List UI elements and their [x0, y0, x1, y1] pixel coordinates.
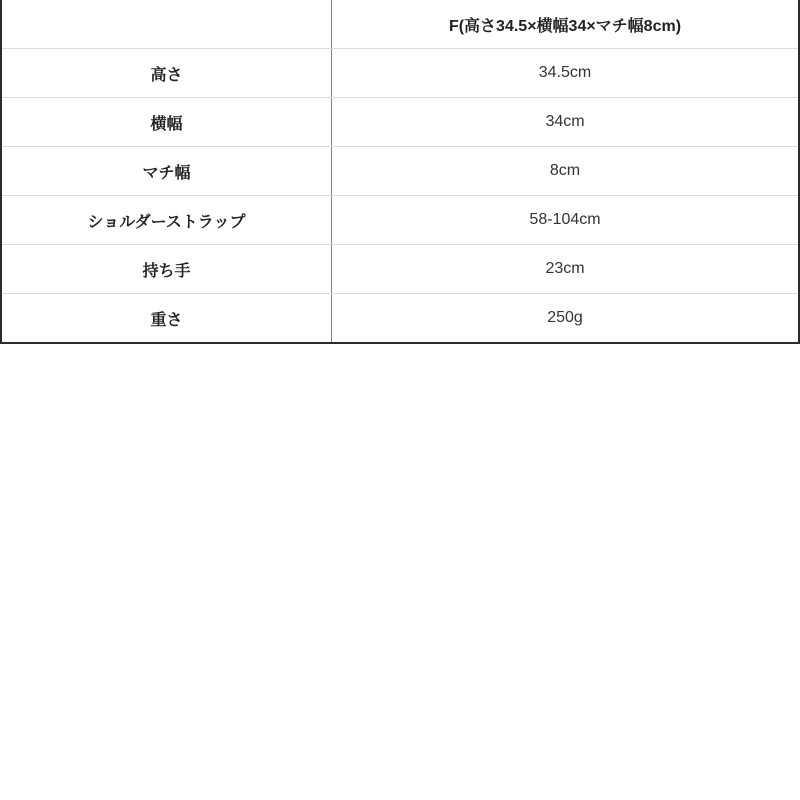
row-value-cell: 34cm	[332, 98, 798, 146]
row-label-cell: 横幅	[2, 98, 332, 146]
row-label-cell: 高さ	[2, 49, 332, 97]
table-row-weight: 重さ 250g	[2, 294, 798, 342]
row-value-cell: 8cm	[332, 147, 798, 195]
table-row-handle: 持ち手 23cm	[2, 245, 798, 294]
row-label-cell: 重さ	[2, 294, 332, 342]
table-row-height: 高さ 34.5cm	[2, 49, 798, 98]
row-label-cell: ショルダーストラップ	[2, 196, 332, 244]
table-row-width: 横幅 34cm	[2, 98, 798, 147]
row-value-cell: 34.5cm	[332, 49, 798, 97]
header-empty-cell	[2, 0, 332, 48]
row-value-cell: 58-104cm	[332, 196, 798, 244]
row-label-cell: 持ち手	[2, 245, 332, 293]
size-spec-table: F(高さ34.5×横幅34×マチ幅8cm) 高さ 34.5cm 横幅 34cm …	[0, 0, 800, 344]
table-row-gusset: マチ幅 8cm	[2, 147, 798, 196]
row-value-cell: 250g	[332, 294, 798, 342]
row-label-cell: マチ幅	[2, 147, 332, 195]
table-header-row: F(高さ34.5×横幅34×マチ幅8cm)	[2, 0, 798, 49]
page-background: F(高さ34.5×横幅34×マチ幅8cm) 高さ 34.5cm 横幅 34cm …	[0, 0, 800, 800]
header-size-cell: F(高さ34.5×横幅34×マチ幅8cm)	[332, 0, 798, 48]
row-value-cell: 23cm	[332, 245, 798, 293]
table-row-shoulder-strap: ショルダーストラップ 58-104cm	[2, 196, 798, 245]
